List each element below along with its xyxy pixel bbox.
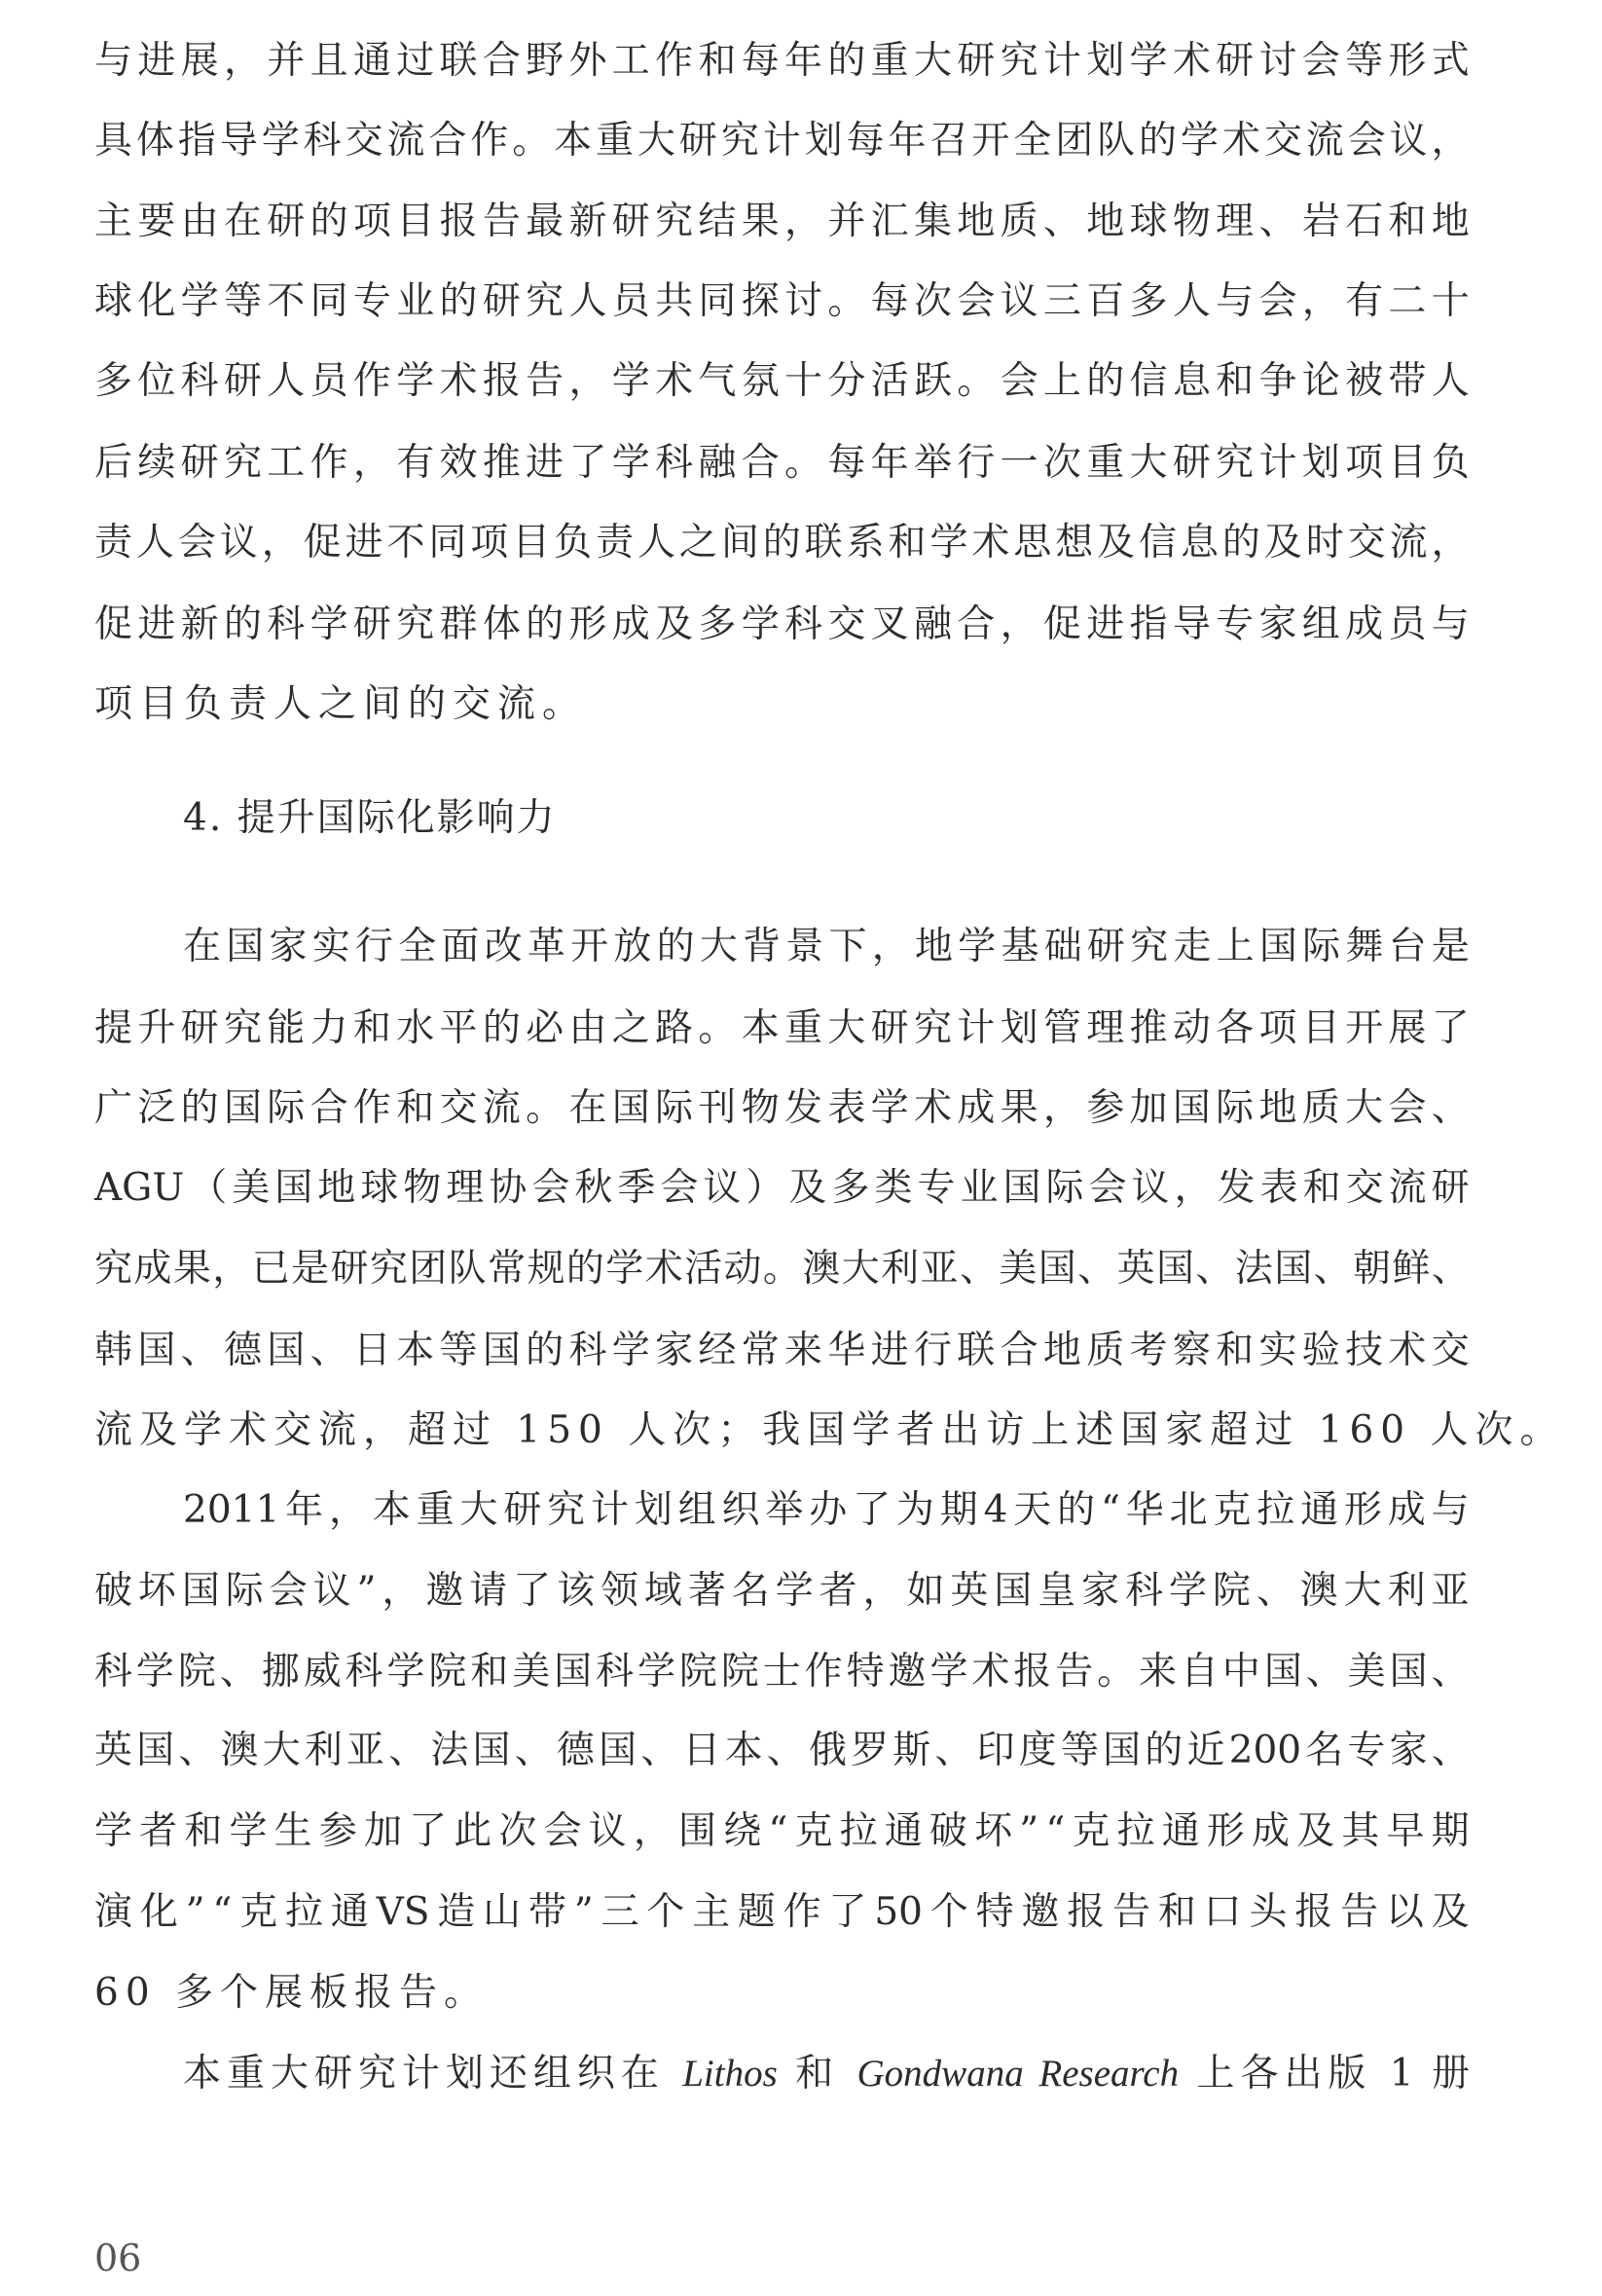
section-heading: 4. 提升国际化影响力: [183, 795, 557, 842]
text-line: 学者和学生参加了此次会议，围绕“克拉通破坏”“克拉通形成及其早期: [94, 1808, 1470, 1855]
paragraph-4: 本重大研究计划还组织在 Lithos 和 Gondwana Research 上…: [183, 2051, 1470, 2097]
text-span: 和: [778, 2052, 857, 2096]
text-line: 流及学术交流，超过 150 人次；我国学者出访上述国家超过 160 人次。: [94, 1407, 1470, 1454]
text-line: 在国家实行全面改革开放的大背景下，地学基础研究走上国际舞台是: [183, 924, 1470, 970]
text-line: 英国、澳大利亚、法国、德国、日本、俄罗斯、印度等国的近200名专家、: [94, 1728, 1470, 1774]
page-number: 06: [94, 2237, 141, 2279]
text-line: 后续研究工作，有效推进了学科融合。每年举行一次重大研究计划项目负: [94, 440, 1470, 487]
text-line: 与进展，并且通过联合野外工作和每年的重大研究计划学术研讨会等形式: [94, 38, 1470, 85]
text-line: 促进新的科学研究群体的形成及多学科交叉融合，促进指导专家组成员与: [94, 601, 1470, 648]
text-line: 责人会议，促进不同项目负责人之间的联系和学术思想及信息的及时交流，: [94, 520, 1470, 566]
text-line: 60 多个展板报告。: [94, 1970, 1470, 2017]
text-line: 具体指导学科交流合作。本重大研究计划每年召开全团队的学术交流会议，: [94, 118, 1470, 164]
text-line: 科学院、挪威科学院和美国科学院院士作特邀学术报告。来自中国、美国、: [94, 1649, 1470, 1695]
text-line: 破坏国际会议”，邀请了该领域著名学者，如英国皇家科学院、澳大利亚: [94, 1568, 1470, 1615]
text-span: 本重大研究计划还组织在: [183, 2052, 682, 2096]
text-line: 项目负责人之间的交流。: [94, 681, 1470, 728]
text-line: 主要由在研的项目报告最新研究结果，并汇集地质、地球物理、岩石和地: [94, 199, 1470, 245]
text-line: 广泛的国际合作和交流。在国际刊物发表学术成果，参加国际地质大会、: [94, 1085, 1470, 1132]
text-line: 球化学等不同专业的研究人员共同探讨。每次会议三百多人与会，有二十: [94, 278, 1470, 325]
text-line: 演化”“克拉通VS造山带”三个主题作了50个特邀报告和口头报告以及: [94, 1889, 1470, 1936]
text-line: AGU（美国地球物理协会秋季会议）及多类专业国际会议，发表和交流研: [94, 1165, 1470, 1212]
journal-name: Lithos: [682, 2053, 778, 2095]
text-line: 提升研究能力和水平的必由之路。本重大研究计划管理推动各项目开展了: [94, 1005, 1470, 1052]
text-line: 2011年，本重大研究计划组织举办了为期4天的“华北克拉通形成与: [183, 1487, 1470, 1534]
text-line: 韩国、德国、日本等国的科学家经常来华进行联合地质考察和实验技术交: [94, 1328, 1470, 1374]
text-line: 多位科研人员作学术报告，学术气氛十分活跃。会上的信息和争论被带人: [94, 358, 1470, 405]
document-page: 与进展，并且通过联合野外工作和每年的重大研究计划学术研讨会等形式 具体指导学科交…: [0, 0, 1602, 2296]
journal-name: Gondwana Research: [857, 2053, 1180, 2095]
text-span: 上各出版 1 册: [1179, 2052, 1470, 2096]
text-line: 究成果，已是研究团队常规的学术活动。澳大利亚、美国、英国、法国、朝鲜、: [94, 1246, 1470, 1293]
